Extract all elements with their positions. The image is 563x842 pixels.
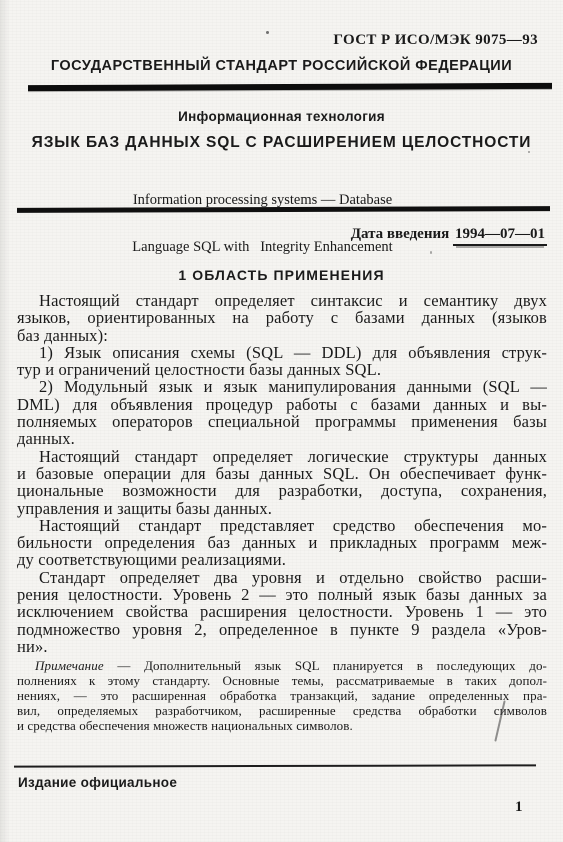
note-extra-lines: полнениях к этому стандарту. Основные те… (17, 673, 547, 733)
text-line: ду соответствующими реализациями. (17, 551, 547, 568)
paragraph: Настоящий стандарт определяет логические… (17, 448, 547, 517)
text-line: управления и защиты базы данных. (17, 500, 547, 517)
text-line: Стандарт определяет два уровня и отдельн… (17, 569, 547, 586)
footer-rule (14, 764, 536, 768)
scan-edge-shadow (0, 0, 10, 842)
text-line: 1) Язык описания схемы (SQL — DDL) для о… (17, 344, 547, 361)
text-line: ни». (17, 638, 547, 655)
text-line: DML) для объявления процедур работы с ба… (17, 396, 547, 413)
effective-date-line: Дата введения 1994—07—01 (351, 226, 547, 243)
paragraph: Настоящий стандарт представляет средство… (17, 517, 547, 569)
text-line: Настоящий стандарт представляет средство… (17, 517, 547, 534)
text-line: баз данных): (17, 327, 547, 344)
standard-title-ru: ЯЗЫК БАЗ ДАННЫХ SQL С РАСШИРЕНИЕМ ЦЕЛОСТ… (0, 134, 563, 152)
body-paragraphs: Настоящий стандарт определяет синтаксис … (17, 292, 547, 655)
scan-speck (528, 151, 530, 153)
text-line: исключением свойства расширения целостно… (17, 603, 547, 620)
text-line: языков, ориентированных на работу с база… (17, 309, 547, 326)
paragraph: 2) Модульный язык и язык манипулирования… (17, 378, 547, 447)
text-line: данных. (17, 430, 547, 447)
text-line: подмножество уровня 2, определенное в пу… (17, 621, 547, 638)
body-text: Настоящий стандарт определяет синтаксис … (17, 292, 547, 733)
text-line: 2) Модульный язык и язык манипулирования… (17, 378, 547, 395)
text-line: Настоящий стандарт определяет логические… (17, 448, 547, 465)
header-thick-rule (28, 83, 552, 91)
note-first-line: Примечание — Дополнительный язык SQL пла… (17, 658, 547, 673)
note-text-line: нениях, — это расширенная обработка тран… (17, 688, 547, 703)
scan-speck (430, 251, 432, 254)
text-line: тур и ограничений целостности базы данны… (17, 361, 547, 378)
note-text-line: и средства обеспечения множеств национал… (17, 718, 547, 733)
scan-speck (266, 31, 269, 34)
text-line: циональные возможности для разработки, д… (17, 482, 547, 499)
paragraph: 1) Язык описания схемы (SQL — DDL) для о… (17, 344, 547, 379)
page-number: 1 (515, 799, 523, 816)
note-text-line: вил, определяемых разработчиком, расшире… (17, 703, 547, 718)
standard-org-title: ГОСУДАРСТВЕННЫЙ СТАНДАРТ РОССИЙСКОЙ ФЕДЕ… (0, 58, 563, 74)
note-block: Примечание — Дополнительный язык SQL пла… (17, 658, 547, 733)
text-line: рения целостности. Уровень 2 — это полны… (17, 586, 547, 603)
text-line: и базовые операции для базы данных SQL. … (17, 465, 547, 482)
note-text-line: полнениях к этому стандарту. Основные те… (17, 673, 547, 688)
text-line: полняемых операторов специальной програм… (17, 413, 547, 430)
effective-date-label: Дата введения (351, 226, 450, 242)
section-1-heading: 1 ОБЛАСТЬ ПРИМЕНЕНИЯ (0, 267, 563, 283)
paragraph: Стандарт определяет два уровня и отдельн… (17, 569, 547, 655)
official-edition-label: Издание официальное (18, 775, 177, 790)
subject-line: Информационная технология (0, 109, 563, 124)
paragraph: Настоящий стандарт определяет синтаксис … (17, 292, 547, 344)
document-code: ГОСТ Р ИСО/МЭК 9075—93 (333, 32, 538, 49)
note-label: Примечание (35, 658, 104, 673)
text-line: Настоящий стандарт определяет синтаксис … (17, 292, 547, 309)
scanned-standard-page: ГОСТ Р ИСО/МЭК 9075—93 ГОСУДАРСТВЕННЫЙ С… (0, 0, 563, 842)
text-line: бильности определения баз данных и прикл… (17, 534, 547, 551)
note-first-line-rest: — Дополнительный язык SQL планируется в … (104, 658, 547, 673)
effective-date-value: 1994—07—01 (453, 226, 547, 246)
